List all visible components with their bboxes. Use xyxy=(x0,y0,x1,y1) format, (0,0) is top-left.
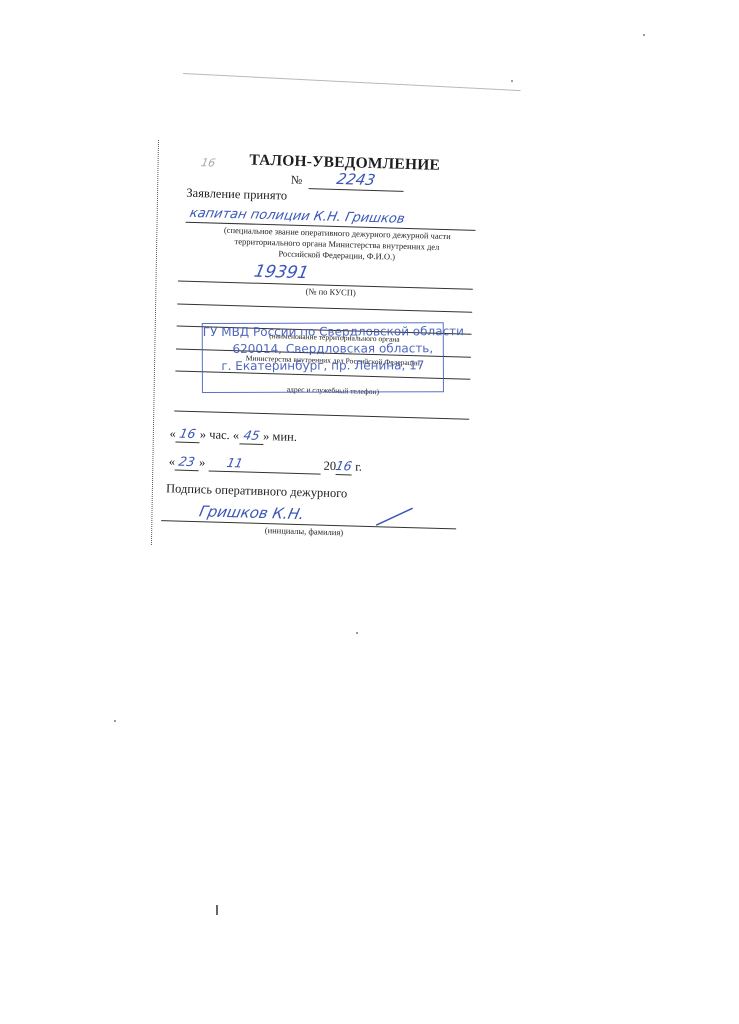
hours-label: час. xyxy=(209,427,230,442)
signature-caption: (инициалы, фамилия) xyxy=(249,525,359,539)
official-stamp: ГУ МВД России по Свердловской области 62… xyxy=(202,322,444,393)
scan-speck xyxy=(114,720,116,722)
scan-speck xyxy=(216,905,218,915)
month-value: 11 xyxy=(225,455,244,470)
organ-line-1 xyxy=(177,304,472,313)
stamp-line: г. Екатеринбург, пр. Ленина, 17 xyxy=(203,357,443,375)
signature-stroke xyxy=(374,505,415,528)
day-value: 23 xyxy=(178,454,197,469)
quote: » xyxy=(199,455,206,469)
year-field: 16 xyxy=(336,458,352,475)
scan-speck xyxy=(643,34,645,36)
scan-speck xyxy=(356,632,358,634)
year-label: г. xyxy=(355,460,362,474)
notification-coupon: 16 ТАЛОН-УВЕДОМЛЕНИЕ № 2243 Заявление пр… xyxy=(148,135,500,564)
minutes-field: 45 xyxy=(239,427,263,445)
paper-top-edge xyxy=(183,73,521,91)
hours-field: 16 xyxy=(176,426,200,444)
organ-line-5 xyxy=(174,411,469,420)
number-value: 2243 xyxy=(335,170,377,189)
accepted-by-caption: (специальное звание оперативного дежурно… xyxy=(197,224,478,265)
quote: » xyxy=(263,429,270,443)
hours-value: 16 xyxy=(178,426,197,441)
kusp-caption: (№ по КУСП) xyxy=(286,286,376,300)
signature-label: Подпись оперативного дежурного xyxy=(166,481,348,501)
minutes-label: мин. xyxy=(272,429,297,444)
kusp-value: 19391 xyxy=(252,262,310,283)
month-field: 11 xyxy=(208,454,320,474)
quote: » xyxy=(200,427,207,441)
stamp-line: 620014, Свердловская область, xyxy=(203,340,443,358)
number-line xyxy=(309,188,404,192)
date-row: «23» 11 2016 г. xyxy=(169,453,363,475)
signature-value: Гришков К.Н. xyxy=(198,502,306,523)
scan-speck xyxy=(511,80,513,82)
stamp-line: ГУ МВД России по Свердловской области xyxy=(203,323,443,341)
day-field: 23 xyxy=(175,454,199,472)
time-row: «16» час. «45» мин. xyxy=(169,425,297,446)
year-value: 16 xyxy=(335,458,354,473)
minutes-value: 45 xyxy=(242,427,261,442)
number-label: № xyxy=(291,173,303,188)
accepted-label: Заявление принято xyxy=(186,186,287,204)
corner-mark: 16 xyxy=(200,156,217,169)
